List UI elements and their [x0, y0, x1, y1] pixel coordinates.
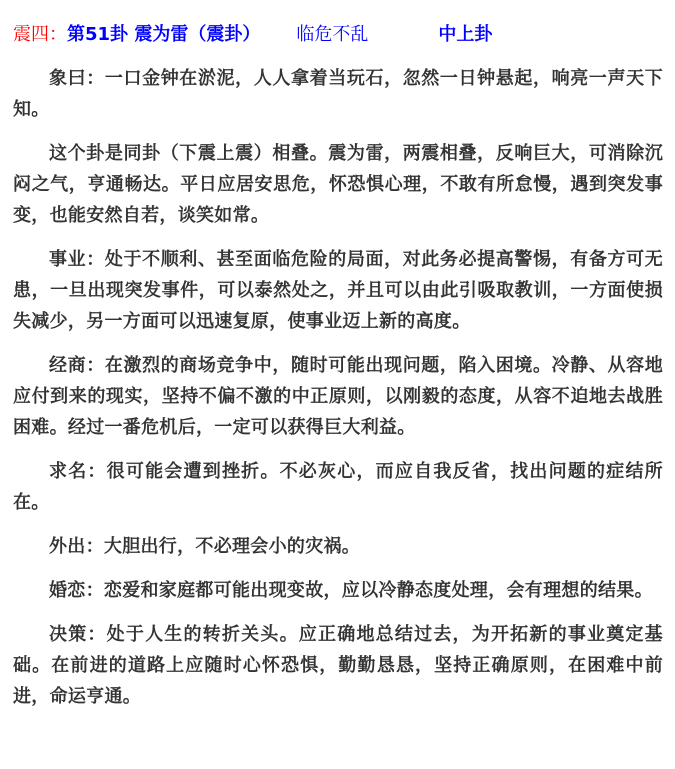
- hexagram-rank: 中上卦: [438, 24, 492, 45]
- document-page: 震四：第51卦 震为雷（震卦）临危不乱中上卦 象曰：一口金钟在淤泥，人人拿着当玩…: [0, 0, 675, 712]
- paragraph-decision: 决策：处于人生的转折关头。应正确地总结过去，为开拓新的事业奠定基础。在前进的道路…: [13, 619, 663, 712]
- hexagram-title: 第51卦 震为雷（震卦）: [67, 24, 260, 45]
- paragraph-romance: 婚恋：恋爱和家庭都可能出现变故，应以冷静态度处理，会有理想的结果。: [13, 575, 663, 606]
- trigram-prefix: 震四：: [13, 24, 67, 45]
- paragraph-xiang-yue: 象曰：一口金钟在淤泥，人人拿着当玩石，忽然一日钟悬起，响亮一声天下知。: [13, 63, 663, 125]
- hexagram-title-line: 震四：第51卦 震为雷（震卦）临危不乱中上卦: [13, 22, 663, 48]
- paragraph-explanation: 这个卦是同卦（下震上震）相叠。震为雷，两震相叠，反响巨大，可消除沉闷之气，亨通畅…: [13, 138, 663, 231]
- hexagram-motto: 临危不乱: [296, 24, 368, 45]
- paragraph-travel: 外出：大胆出行，不必理会小的灾祸。: [13, 531, 663, 562]
- paragraph-career: 事业：处于不顺利、甚至面临危险的局面，对此务必提高警惕，有备方可无患，一旦出现突…: [13, 244, 663, 337]
- paragraph-fame: 求名：很可能会遭到挫折。不必灰心，而应自我反省，找出问题的症结所在。: [13, 456, 663, 518]
- paragraph-business: 经商：在激烈的商场竞争中，随时可能出现问题，陷入困境。冷静、从容地应付到来的现实…: [13, 350, 663, 443]
